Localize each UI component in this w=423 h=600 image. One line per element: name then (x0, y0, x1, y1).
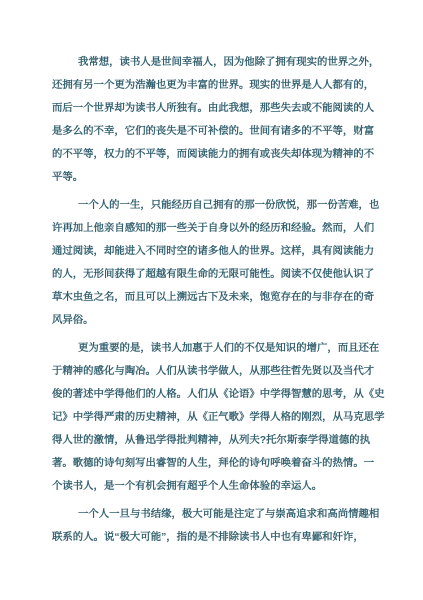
text-line: 还拥有另一个更为浩瀚也更为丰富的世界。现实的世界是人人都有的， (52, 74, 380, 97)
text-line: 著。歌德的诗句刻写出睿智的人生，拜伦的诗句呼唤着奋斗的热情。一 (52, 452, 380, 475)
text-line: 俊的著述中学得他们的人格。人们从《论语》中学得智慧的思考，从《史 (52, 383, 380, 406)
text-line: 得人世的激情，从鲁迅学得批判精神，从列夫?托尔斯泰学得道德的执 (52, 429, 380, 452)
paragraph: 一个人的一生，只能经历自己拥有的那一份欣悦，那一份苦难，也许再加上他亲自感知的那… (52, 194, 380, 332)
paragraph: 更为重要的是，读书人加惠于人们的不仅是知识的增广，而且还在于精神的感化与陶冶。人… (52, 337, 380, 498)
text-line: 的不平等，权力的不平等，而阅读能力的拥有或丧失却体现为精神的不 (52, 143, 380, 166)
text-line: 更为重要的是，读书人加惠于人们的不仅是知识的增广，而且还在 (52, 337, 380, 360)
text-line: 风异俗。 (52, 309, 380, 332)
text-line: 是多么的不幸，它们的丧失是不可补偿的。世间有诸多的不平等，财富 (52, 120, 380, 143)
paragraph: 我常想，读书人是世间幸福人，因为他除了拥有现实的世界之外，还拥有另一个更为浩瀚也… (52, 51, 380, 189)
text-line: 草木虫鱼之名，而且可以上溯远古下及未来，饱览存在的与非存在的奇 (52, 286, 380, 309)
text-line: 许再加上他亲自感知的那一些关于自身以外的经历和经验。然而，人们 (52, 217, 380, 240)
document-content: 我常想，读书人是世间幸福人，因为他除了拥有现实的世界之外，还拥有另一个更为浩瀚也… (52, 51, 380, 554)
text-line: 通过阅读，却能进入不同时空的诸多他人的世界。这样，具有阅读能力 (52, 240, 380, 263)
text-line: 的人，无形间获得了超越有限生命的无限可能性。阅读不仅使他认识了 (52, 263, 380, 286)
text-line: 一个人一旦与书结缘，极大可能是注定了与崇高追求和高尚情趣相 (52, 503, 380, 526)
text-line: 于精神的感化与陶冶。人们从读书学做人，从那些往哲先贤以及当代才 (52, 360, 380, 383)
text-line: 记》中学得严肃的历史精神，从《正气歌》学得人格的刚烈，从马克思学 (52, 406, 380, 429)
text-line: 而后一个世界却为读书人所独有。由此我想，那些失去或不能阅读的人 (52, 97, 380, 120)
paragraph: 一个人一旦与书结缘，极大可能是注定了与崇高追求和高尚情趣相联系的人。说“极大可能… (52, 503, 380, 549)
text-line: 平等。 (52, 166, 380, 189)
text-line: 我常想，读书人是世间幸福人，因为他除了拥有现实的世界之外， (52, 51, 380, 74)
text-line: 联系的人。说“极大可能”，指的是不排除读书人中也有卑鄙和奸诈， (52, 526, 380, 549)
document-page: 我常想，读书人是世间幸福人，因为他除了拥有现实的世界之外，还拥有另一个更为浩瀚也… (0, 0, 423, 600)
text-line: 个读书人，是一个有机会拥有超乎个人生命体验的幸运人。 (52, 475, 380, 498)
text-line: 一个人的一生，只能经历自己拥有的那一份欣悦，那一份苦难，也 (52, 194, 380, 217)
